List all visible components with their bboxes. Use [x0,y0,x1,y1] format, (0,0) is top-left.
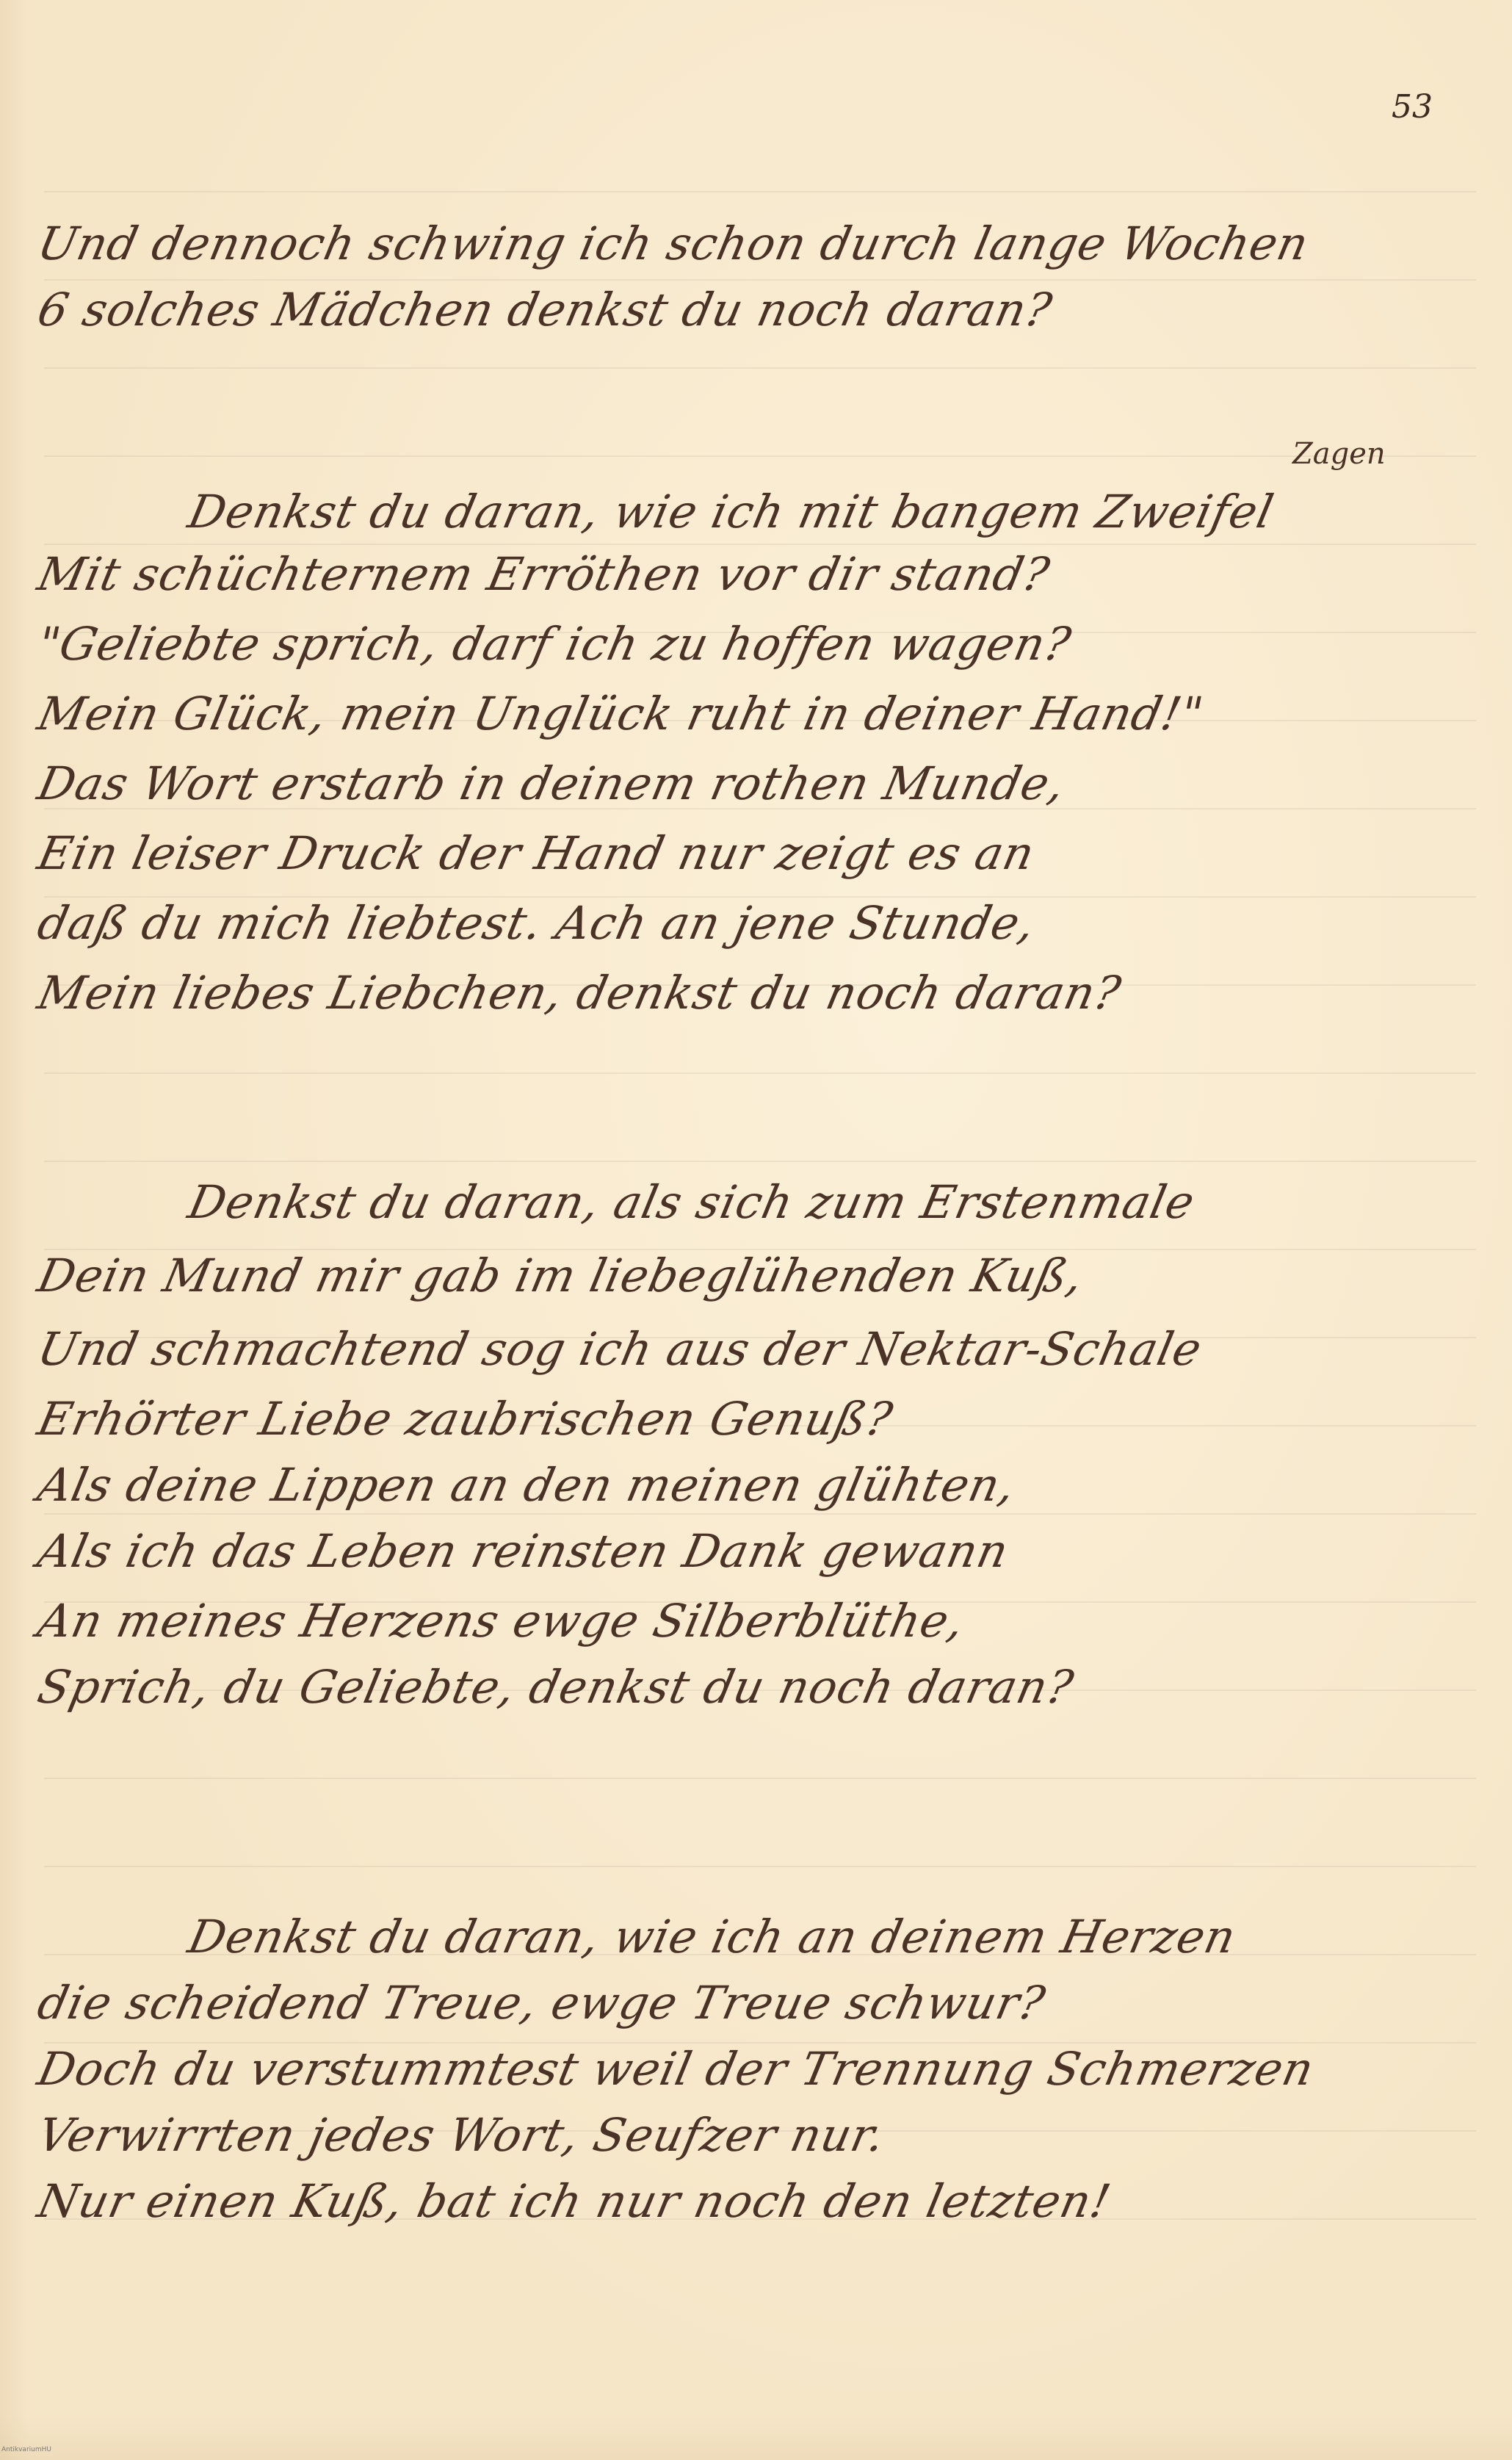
stanza-line: Als ich das Leben reinsten Dank gewann [33,1524,1013,1578]
stanza-line: Sprich, du Geliebte, denkst du noch dara… [33,1660,1079,1714]
stanza-line: Denkst du daran, wie ich an deinem Herze… [184,1910,1241,1963]
stanza-line: Das Wort erstarb in deinem rothen Munde, [33,757,1070,810]
continuation-line: Und dennoch schwing ich schon durch lang… [33,217,1314,270]
page-number: 53 [1392,88,1433,126]
stanza-line: Denkst du daran, wie ich mit bangem Zwei… [184,485,1278,538]
stanza-line: daß du mich liebtest. Ach an jene Stunde… [33,896,1041,950]
stanza-line: Als deine Lippen an den meinen glühten, [33,1458,1021,1512]
continuation-line: 6 solches Mädchen denkst du noch daran? [33,283,1057,336]
inserted-correction: Zagen [1292,437,1386,471]
stanza-line: Mein liebes Liebchen, denkst du noch dar… [33,966,1126,1020]
stanza-line: Denkst du daran, als sich zum Erstenmale [184,1175,1200,1229]
stanza-line: Und schmachtend sog ich aus der Nektar-S… [33,1322,1207,1376]
stanza-line: Ein leiser Druck der Hand nur zeigt es a… [33,826,1040,880]
stanza-line: "Geliebte sprich, darf ich zu hoffen wag… [33,617,1076,671]
stanza-line: Erhörter Liebe zaubrischen Genuß? [33,1392,897,1446]
stanza-line: Doch du verstummtest weil der Trennung S… [33,2042,1319,2096]
stanza-line: Dein Mund mir gab im liebeglühenden Kuß, [33,1249,1088,1302]
watermark: AntikvariumHU [1,2446,51,2453]
stanza-line: Nur einen Kuß, bat ich nur noch den letz… [33,2174,1115,2228]
manuscript-page: 53 Und dennoch schwing ich schon durch l… [0,0,1512,2460]
stanza-line: An meines Herzens ewge Silberblüthe, [33,1594,969,1648]
stanza-line: die scheidend Treue, ewge Treue schwur? [33,1976,1050,2030]
stanza-line: Verwirrten jedes Wort, Seufzer nur. [33,2108,890,2162]
stanza-line: Mit schüchternem Erröthen vor dir stand? [33,547,1055,601]
stanza-line: Mein Glück, mein Unglück ruht in deiner … [33,687,1209,740]
